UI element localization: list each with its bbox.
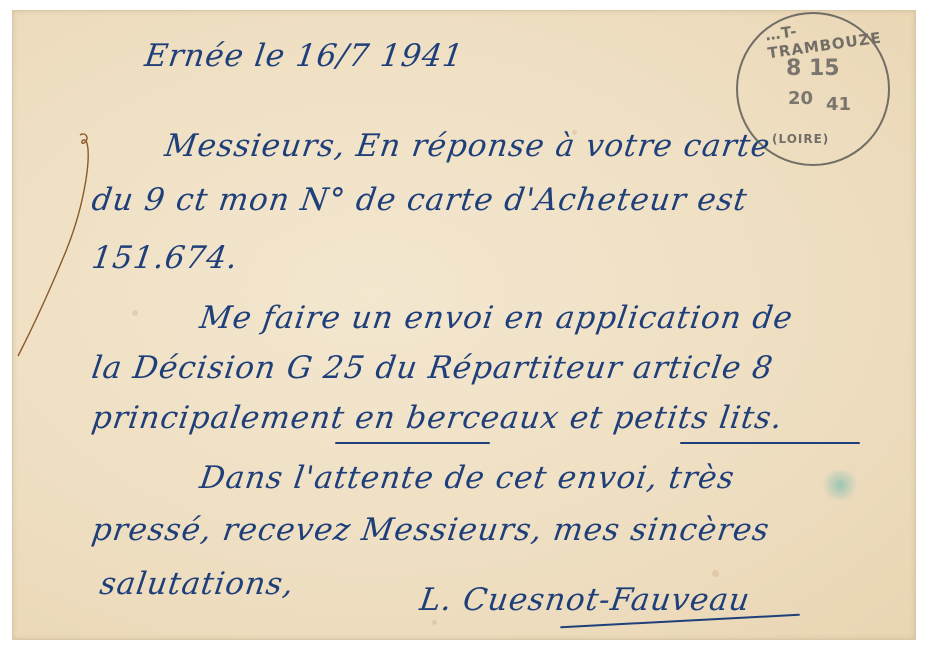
paper-speck bbox=[132, 310, 138, 316]
letter-line-2: du 9 ct mon N° de carte d'Acheteur est bbox=[89, 182, 749, 218]
letter-line-4: Me faire un envoi en application de bbox=[197, 300, 795, 336]
postmark-year: 41 bbox=[826, 94, 851, 115]
underline-berceaux bbox=[335, 442, 490, 444]
postmark-day: 20 bbox=[788, 88, 813, 109]
postmark-town: …T-TRAMBOUZE bbox=[764, 10, 890, 63]
underline-petits-lits bbox=[680, 442, 860, 444]
letter-line-9: salutations, bbox=[97, 566, 296, 602]
postmark-time: 8 15 bbox=[786, 56, 840, 81]
letter-line-7: Dans l'attente de cet envoi, très bbox=[197, 460, 737, 496]
ink-smudge bbox=[820, 470, 860, 500]
paper-speck bbox=[712, 570, 719, 577]
date-line: Ernée le 16/7 1941 bbox=[142, 38, 465, 74]
letter-line-5: la Décision G 25 du Répartiteur article … bbox=[89, 350, 775, 386]
letter-line-8: pressé, recevez Messieurs, mes sincères bbox=[89, 512, 771, 548]
letter-line-1: Messieurs, En réponse à votre carte bbox=[162, 128, 772, 164]
postmark-region: (LOIRE) bbox=[772, 132, 829, 146]
paper-speck bbox=[432, 620, 437, 625]
signature: L. Cuesnot-Fauveau bbox=[417, 582, 752, 618]
letter-line-3: 151.674. bbox=[89, 240, 240, 276]
letter-line-6: principalement en berceaux et petits lit… bbox=[89, 400, 785, 436]
margin-pencil-mark bbox=[12, 130, 92, 360]
